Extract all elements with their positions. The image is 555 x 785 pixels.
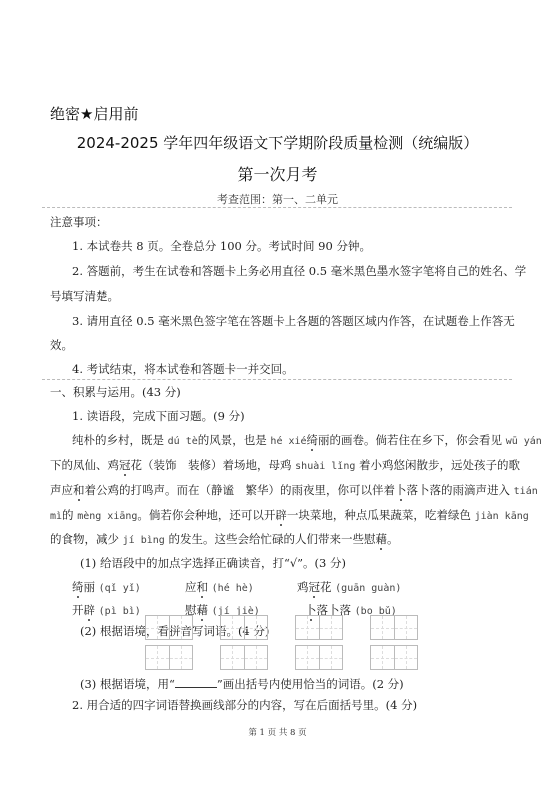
reading-option-4[interactable]: 开辟 (pì bì)	[72, 602, 141, 618]
q1-prompt: 1. 读语段，完成下面习题。(9 分)	[72, 408, 245, 424]
passage-line-4: mì的 mèng xiāng。倘若你会种地，还可以开辟一块菜地，种点瓜果蔬菜，吃…	[50, 507, 529, 523]
pinyin-blank: shuài lǐng	[295, 461, 355, 472]
answer-box[interactable]	[295, 645, 343, 670]
notice-item-3-cont: 效。	[50, 337, 73, 353]
writing-grid-row-2	[145, 645, 445, 670]
passage-line-2: 下的凤仙、鸡冠花（装饰 装修）着场地，母鸡 shuài lǐng 着小鸡悠闲散步…	[50, 457, 520, 473]
q1-sub1-prompt: (1) 给语段中的加点字选择正确读音，打“√”。(3 分)	[80, 555, 346, 571]
reading-option-3[interactable]: 鸡冠花 (guān guàn)	[297, 579, 401, 595]
pinyin-blank: jí bìng	[123, 535, 165, 546]
passage-line-3: 声应和着公鸡的打鸣声。而在（静谧 繁华）的雨夜里，你可以伴着卜落卜落的雨滴声进入…	[50, 482, 538, 498]
divider-top	[42, 207, 512, 208]
answer-box[interactable]	[220, 645, 268, 670]
page-footer: 第 1 页 共 8 页	[0, 726, 555, 738]
answer-box[interactable]	[145, 615, 193, 640]
q2-prompt: 2. 用合适的四字词语替换画线部分的内容，写在后面括号里。(4 分)	[72, 697, 417, 713]
pinyin-blank: hé xié	[270, 436, 306, 447]
notice-item-2-cont: 号填写清楚。	[50, 288, 119, 304]
section1-heading: 一、积累与运用。(43 分)	[50, 384, 181, 400]
reading-option-2[interactable]: 应和 (hé hè)	[185, 579, 254, 595]
exam-scope: 考查范围：第一、二单元	[0, 191, 555, 207]
divider-bottom	[42, 379, 512, 380]
dotted-char: 冠	[119, 458, 131, 472]
writing-grid-row-1	[145, 615, 445, 640]
answer-box[interactable]	[220, 615, 268, 640]
pinyin-blank: jiàn kāng	[475, 511, 529, 522]
dotted-char: 和	[73, 483, 85, 497]
dotted-char: 藉	[375, 532, 387, 546]
underline-blank	[175, 677, 217, 688]
answer-box[interactable]	[145, 645, 193, 670]
passage-line-1: 纯朴的乡村，既是 dú tè的风景，也是 hé xié绮丽的画卷。倘若住在乡下，…	[72, 432, 542, 448]
notice-item-3: 3. 请用直径 0.5 毫米黑色签字笔在答题卡上各题的答题区域内作答，在试题卷上…	[72, 313, 515, 329]
notice-item-2: 2. 答题前，考生在试卷和答题卡上务必用直径 0.5 毫米黑色墨水签字笔将自己的…	[72, 263, 526, 279]
notice-item-4: 4. 考试结束，将本试卷和答题卡一并交回。	[72, 361, 294, 377]
q1-sub3-prompt: (3) 根据语境，用“”画出括号内使用恰当的词语。(2 分)	[80, 676, 404, 692]
pinyin-blank: wū yán	[506, 436, 542, 447]
answer-box[interactable]	[370, 645, 418, 670]
answer-box[interactable]	[370, 615, 418, 640]
pinyin-blank: dú tè	[168, 436, 198, 447]
dotted-char: 卜	[395, 483, 407, 497]
notice-heading: 注意事项：	[50, 214, 108, 230]
exam-title: 2024-2025 学年四年级语文下学期阶段质量检测（统编版）	[0, 132, 555, 153]
dotted-char: 绮	[307, 433, 319, 447]
pinyin-blank: tián	[514, 486, 538, 497]
dotted-char: 辟	[275, 508, 287, 522]
confidential-label: 绝密★启用前	[50, 103, 138, 124]
notice-item-1: 1. 本试卷共 8 页。全卷总分 100 分。考试时间 90 分钟。	[72, 238, 371, 254]
pinyin-blank: mèng xiāng	[77, 511, 137, 522]
pinyin-blank: mì	[50, 511, 62, 522]
answer-box[interactable]	[295, 615, 343, 640]
passage-line-5: 的食物，减少 jí bìng 的发生。这些会给忙碌的人们带来一些慰藉。	[50, 531, 398, 547]
exam-subtitle: 第一次月考	[0, 162, 555, 185]
reading-option-1[interactable]: 绮丽 (qǐ yǐ)	[72, 579, 141, 595]
